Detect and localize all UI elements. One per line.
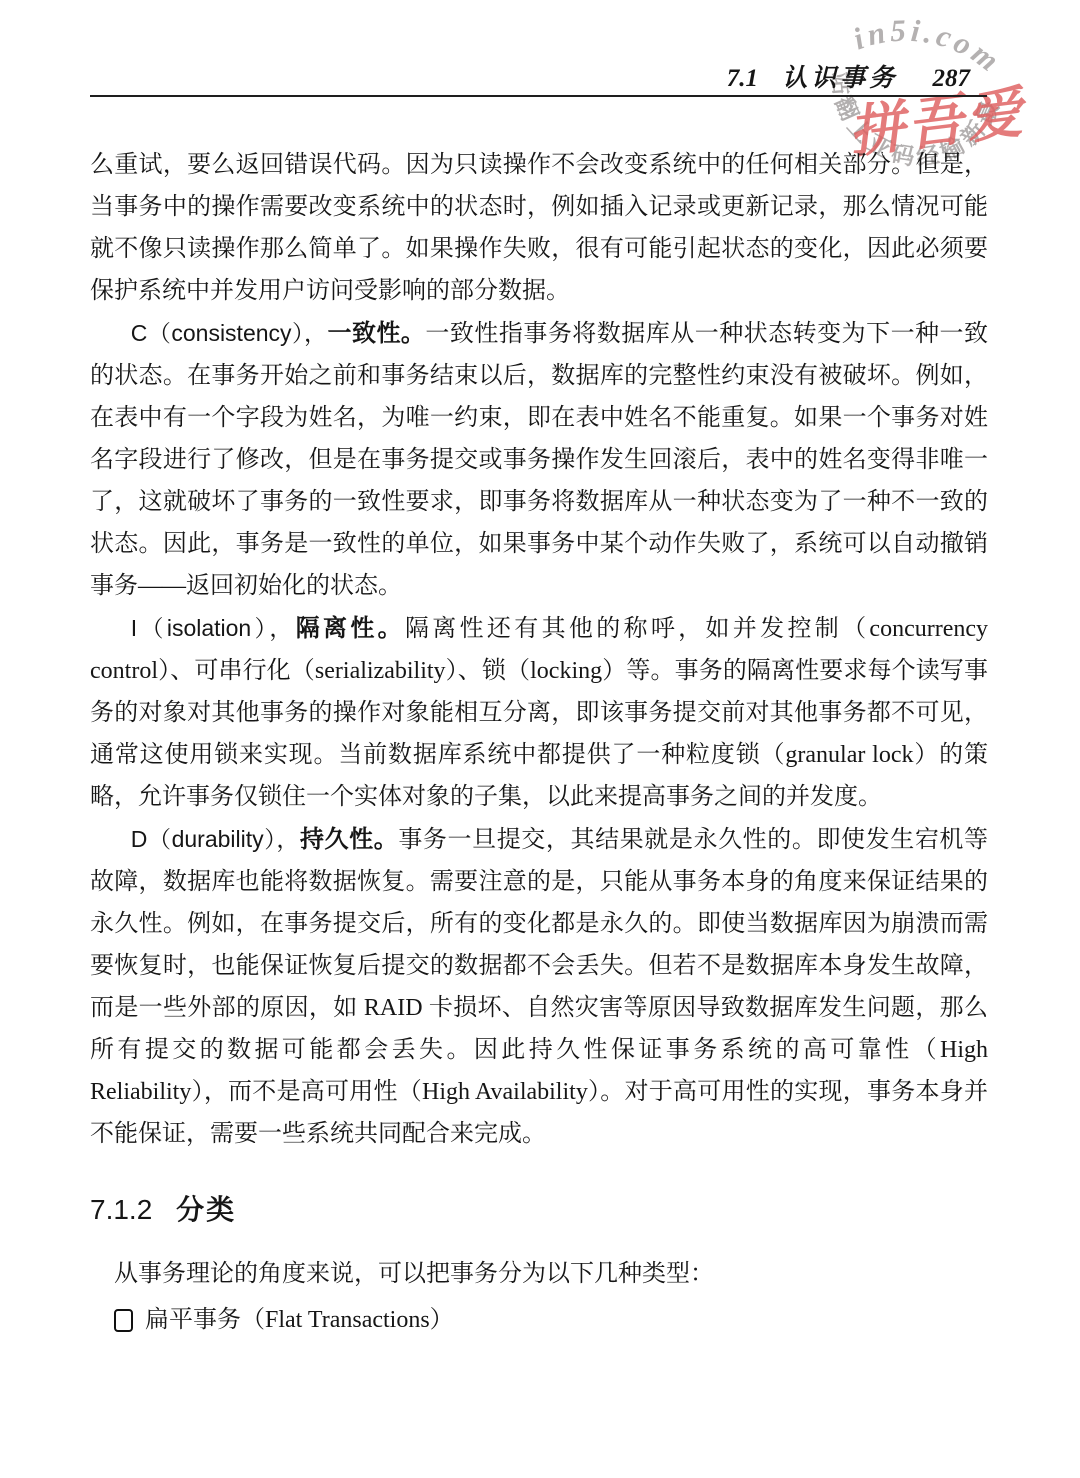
- paragraph: 么重试，要么返回错误代码。因为只读操作不会改变系统中的任何相关部分。但是，当事务…: [90, 144, 988, 312]
- text-segment-normal: 隔离性还有其他的称呼，如并发控制（concurrency control）、可串…: [90, 616, 988, 810]
- intro-paragraph: 从事务理论的角度来说，可以把事务分为以下几种类型：: [90, 1253, 988, 1295]
- list-item: 扁平事务（Flat Transactions）: [90, 1299, 988, 1341]
- text-segment-lead: C（consistency），: [131, 320, 328, 346]
- page-body: 么重试，要么返回错误代码。因为只读操作不会改变系统中的任何相关部分。但是，当事务…: [90, 144, 988, 1341]
- body-paragraphs: 么重试，要么返回错误代码。因为只读操作不会改变系统中的任何相关部分。但是，当事务…: [90, 144, 988, 1155]
- header-section-number: 7.1: [727, 65, 758, 92]
- paragraph: D（durability），持久性。事务一旦提交，其结果就是永久性的。即使发生宕…: [90, 818, 988, 1155]
- header-page-number: 287: [933, 65, 971, 92]
- subsection-number: 7.1.2: [90, 1194, 152, 1225]
- book-page: 站翻上亚码经输新最 in5i.com 拼吾爱 7.1 认识事务 287 么重试，…: [0, 0, 1080, 1478]
- page-header: 7.1 认识事务 287: [90, 58, 988, 94]
- header-section-title: 认识事务: [782, 65, 898, 92]
- text-segment-bold: 一致性。: [327, 320, 425, 347]
- text-segment-bold: 持久性。: [300, 826, 398, 853]
- text-segment-normal: 事务一旦提交，其结果就是永久性的。即使发生宕机等故障，数据库也能将数据恢复。需要…: [90, 827, 988, 1147]
- bullet-text: 扁平事务（Flat Transactions）: [145, 1299, 454, 1341]
- bullet-list: 扁平事务（Flat Transactions）: [90, 1299, 988, 1341]
- text-segment-lead: D（durability），: [131, 826, 300, 852]
- paragraph: C（consistency），一致性。一致性指事务将数据库从一种状态转变为下一种…: [90, 312, 988, 607]
- text-segment-normal: 一致性指事务将数据库从一种状态转变为下一种一致的状态。在事务开始之前和事务结束以…: [90, 321, 988, 599]
- subsection-title: 分类: [176, 1194, 236, 1225]
- header-rule: [90, 95, 987, 97]
- text-segment-bold: 隔离性。: [296, 615, 405, 642]
- text-segment-normal: 么重试，要么返回错误代码。因为只读操作不会改变系统中的任何相关部分。但是，当事务…: [90, 152, 988, 304]
- square-bullet-icon: [114, 1309, 133, 1332]
- paragraph: I（isolation），隔离性。隔离性还有其他的称呼，如并发控制（concur…: [90, 607, 988, 818]
- subsection-heading: 7.1.2 分类: [90, 1193, 988, 1227]
- text-segment-lead: I（isolation），: [131, 615, 296, 641]
